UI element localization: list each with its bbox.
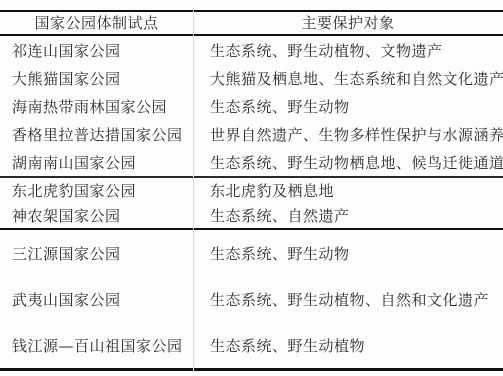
park-name: 海南热带雨林国家公园	[0, 96, 193, 117]
park-name: 祁连山国家公园	[0, 40, 193, 61]
table-row: 神农架国家公园 生态系统、自然遗产	[0, 203, 503, 228]
table-row: 武夷山国家公园 生态系统、野生动植物、自然和文化遗产	[0, 276, 503, 322]
protection-target: 生态系统、野生动物	[193, 243, 503, 264]
top-margin	[0, 0, 503, 10]
park-name: 三江源国家公园	[0, 243, 193, 264]
table-row: 海南热带雨林国家公园 生态系统、野生动物	[0, 92, 503, 120]
park-name: 钱江源—百山祖国家公园	[0, 335, 193, 356]
table-row: 祁连山国家公园 生态系统、野生动植物、文物遗产	[0, 36, 503, 64]
park-name: 神农架国家公园	[0, 205, 193, 226]
protection-target: 生态系统、野生动植物、自然和文化遗产	[193, 289, 503, 310]
national-parks-table: 国家公园体制试点 主要保护对象 祁连山国家公园 生态系统、野生动植物、文物遗产 …	[0, 0, 503, 376]
protection-target: 东北虎豹及栖息地	[193, 180, 503, 201]
table-header-row: 国家公园体制试点 主要保护对象	[0, 12, 503, 34]
table-row: 三江源国家公园 生态系统、野生动物	[0, 230, 503, 276]
park-name: 香格里拉普达措国家公园	[0, 124, 193, 145]
table-row: 大熊猫国家公园 大熊猫及栖息地、生态系统和自然文化遗产	[0, 64, 503, 92]
table-group-1: 祁连山国家公园 生态系统、野生动植物、文物遗产 大熊猫国家公园 大熊猫及栖息地、…	[0, 36, 503, 176]
table-bottom-rule	[0, 368, 503, 371]
park-name: 武夷山国家公园	[0, 289, 193, 310]
protection-target: 生态系统、野生动物栖息地、候鸟迁徙通道	[193, 152, 503, 173]
header-pilot: 国家公园体制试点	[0, 12, 193, 33]
table-row: 香格里拉普达措国家公园 世界自然遗产、生物多样性保护与水源涵养	[0, 120, 503, 148]
protection-target: 生态系统、野生动植物、文物遗产	[193, 40, 503, 61]
protection-target: 世界自然遗产、生物多样性保护与水源涵养	[193, 124, 503, 145]
park-name: 东北虎豹国家公园	[0, 180, 193, 201]
protection-target: 大熊猫及栖息地、生态系统和自然文化遗产	[193, 68, 503, 89]
park-name: 大熊猫国家公园	[0, 68, 193, 89]
protection-target: 生态系统、野生动植物	[193, 335, 503, 356]
park-name: 湖南南山国家公园	[0, 152, 193, 173]
header-protection: 主要保护对象	[193, 12, 503, 33]
column-divider	[193, 9, 194, 372]
table-group-2: 东北虎豹国家公园 东北虎豹及栖息地 神农架国家公园 生态系统、自然遗产	[0, 178, 503, 228]
protection-target: 生态系统、野生动物	[193, 96, 503, 117]
protection-target: 生态系统、自然遗产	[193, 205, 503, 226]
table-row: 钱江源—百山祖国家公园 生态系统、野生动植物	[0, 322, 503, 368]
table-row: 湖南南山国家公园 生态系统、野生动物栖息地、候鸟迁徙通道	[0, 148, 503, 176]
table-row: 东北虎豹国家公园 东北虎豹及栖息地	[0, 178, 503, 203]
table-group-3: 三江源国家公园 生态系统、野生动物 武夷山国家公园 生态系统、野生动植物、自然和…	[0, 230, 503, 368]
